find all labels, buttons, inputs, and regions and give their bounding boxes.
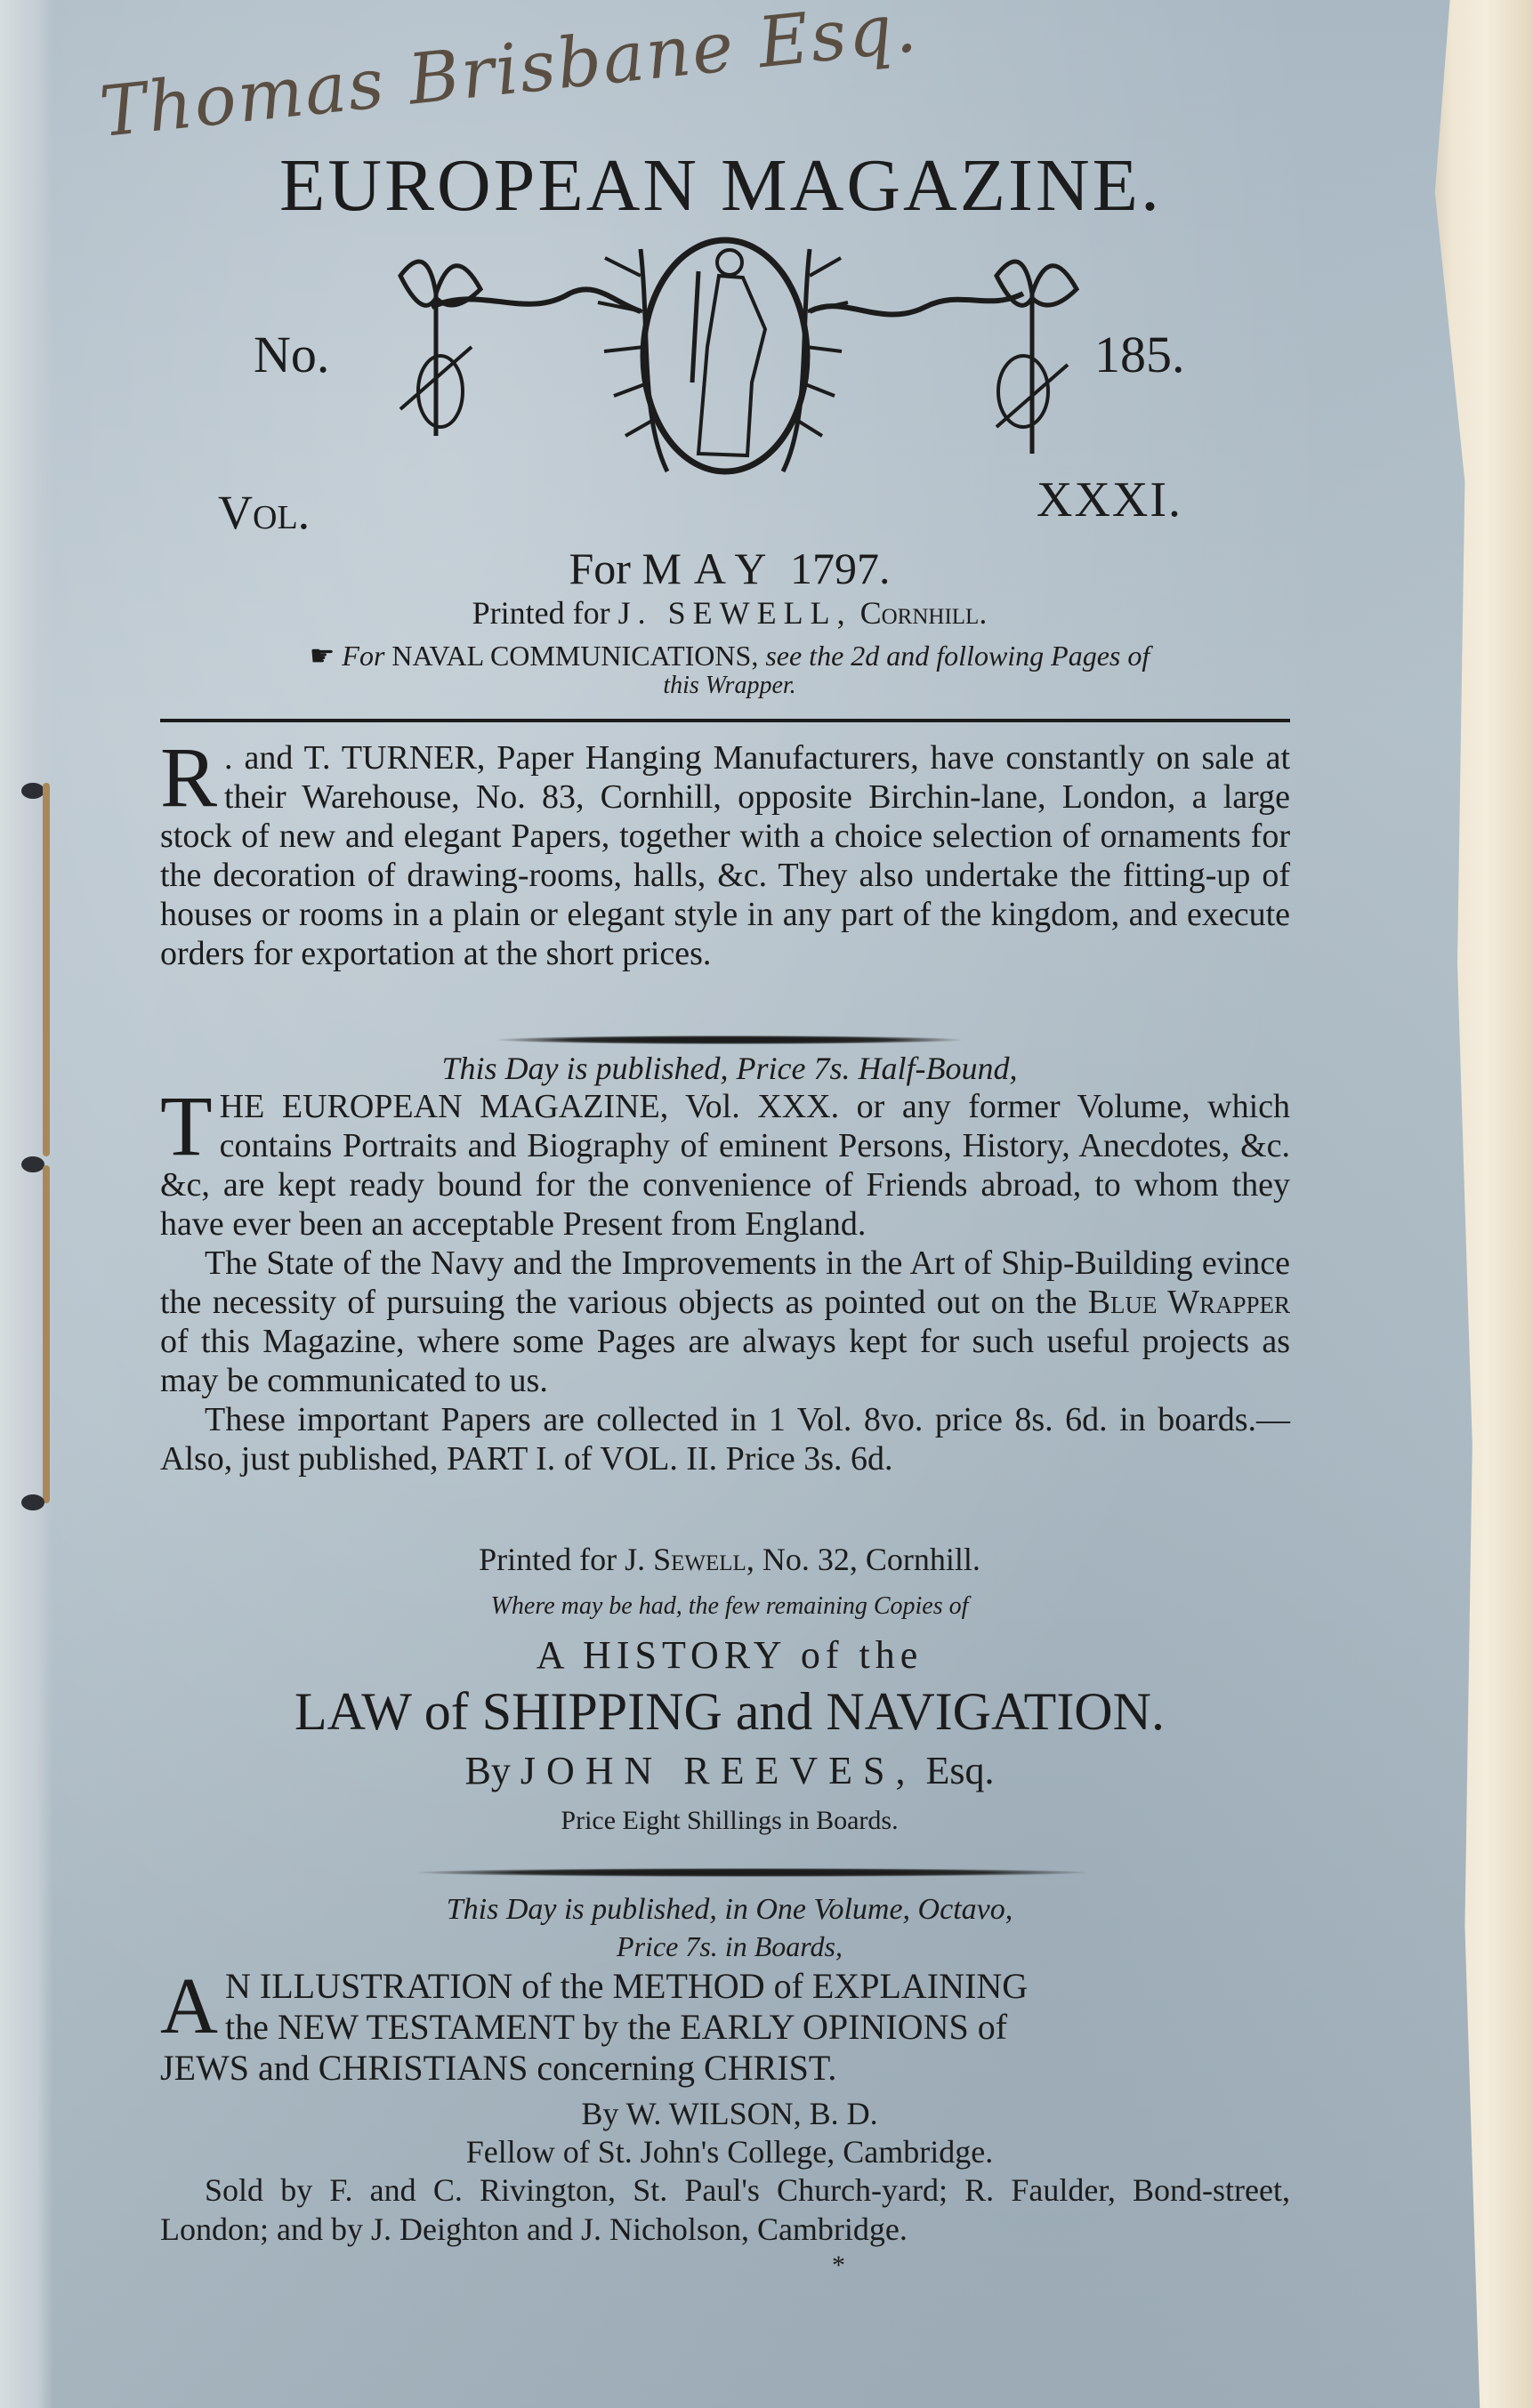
notice-prefix: For (342, 640, 384, 672)
history-author: By JOHN REEVES, Esq. (151, 1748, 1308, 1793)
volume-number: XXXI. (1037, 471, 1182, 528)
month-prefix: For (569, 544, 630, 593)
wilson-heading1: This Day is published, in One Volume, Oc… (151, 1893, 1308, 1927)
advert-body: HE EUROPEAN MAGAZINE, Vol. XXX. or any f… (160, 1088, 1290, 1243)
author-prefix: By (464, 1749, 510, 1792)
printer-name: J. SEWELL, (618, 595, 852, 631)
magazine-wrapper-page: Thomas Brisbane Esq. EUROPEAN MAGAZINE. (0, 0, 1495, 2408)
imprint-sewell: Printed for J. Sewell, No. 32, Cornhill. (151, 1541, 1308, 1578)
owner-inscription: Thomas Brisbane Esq. (96, 0, 989, 153)
binding-thread (43, 1165, 50, 1503)
notice-italic: see the 2d and following Pages of (765, 640, 1150, 672)
blue-wrapper-caps: Blue Wrapper (1088, 1284, 1290, 1321)
binding-thread (43, 783, 50, 1156)
diamond-rule (498, 1035, 961, 1044)
author-suffix: Esq. (926, 1749, 995, 1792)
volume-label: Vol. (218, 485, 310, 540)
advert-wilson: A N ILLUSTRATION of the METHOD of EXPLAI… (160, 1966, 1290, 2089)
printer-line: Printed for J. SEWELL, Cornhill. (151, 594, 1308, 632)
issue-label: No. (254, 325, 329, 384)
masthead-title: EUROPEAN MAGAZINE. (240, 142, 1201, 229)
wilson-author: By W. WILSON, B. D. (151, 2095, 1308, 2132)
printed-prefix: Printed for (472, 595, 610, 631)
dropcap: R (160, 742, 217, 813)
advert-european-vol-xxx: THE EUROPEAN MAGAZINE, Vol. XXX. or any … (160, 1087, 1290, 1478)
woodcut-vignette-icon (347, 222, 1103, 480)
year: 1797. (790, 544, 891, 593)
history-price: Price Eight Shillings in Boards. (151, 1806, 1308, 1836)
title-line: JEWS and CHRISTIANS concerning CHRIST. (160, 2048, 1290, 2089)
divider-rule (160, 719, 1290, 722)
month: MAY (641, 544, 779, 593)
diamond-rule (418, 1868, 1085, 1877)
imprint-rest: No. 32, Cornhill. (762, 1542, 980, 1577)
title-line: N ILLUSTRATION of the METHOD of EXPLAINI… (160, 1966, 1290, 2007)
stitch-hole (21, 783, 44, 799)
advert-body: . and T. TURNER, Paper Hanging Manufactu… (160, 739, 1290, 972)
wilson-affiliation: Fellow of St. John's College, Cambridge. (151, 2133, 1308, 2170)
issue-date: For MAY 1797. (151, 543, 1308, 594)
history-line1: A HISTORY of the (151, 1632, 1308, 1678)
advert-paragraph: The State of the Navy and the Improvemen… (160, 1244, 1290, 1400)
author-name: JOHN REEVES, (520, 1749, 916, 1792)
issue-number: 185. (1094, 325, 1185, 384)
printer-location: Cornhill. (860, 595, 988, 631)
signature-mark: * (832, 2251, 845, 2281)
paragraph-text: of this Magazine, where some Pages are a… (160, 1323, 1290, 1399)
stitch-hole (21, 1156, 44, 1172)
wilson-heading2: Price 7s. in Boards, (151, 1930, 1308, 1963)
dropcap: A (160, 1969, 218, 2044)
title-line: the NEW TESTAMENT by the EARLY OPINIONS … (160, 2007, 1290, 2048)
notice-caps: NAVAL COMMUNICATIONS, (391, 640, 758, 672)
history-title: LAW of SHIPPING and NAVIGATION. (151, 1681, 1308, 1743)
advert-heading: This Day is published, Price 7s. Half-Bo… (151, 1050, 1308, 1087)
pointing-hand-icon: ☛ (310, 640, 335, 672)
imprint-name: Sewell, (653, 1542, 754, 1577)
naval-notice: ☛ For NAVAL COMMUNICATIONS, see the 2d a… (151, 639, 1308, 672)
advert-paragraph: These important Papers are collected in … (160, 1400, 1290, 1478)
naval-notice-line2: this Wrapper. (151, 672, 1308, 700)
imprint-prefix: Printed for J. (479, 1542, 645, 1577)
stitch-hole (21, 1494, 44, 1510)
advert-turner: R. and T. TURNER, Paper Hanging Manufact… (160, 738, 1290, 973)
where-note: Where may be had, the few remaining Copi… (151, 1592, 1308, 1621)
wilson-sold-by: Sold by F. and C. Rivington, St. Paul's … (160, 2170, 1290, 2249)
dropcap: T (160, 1091, 213, 1162)
